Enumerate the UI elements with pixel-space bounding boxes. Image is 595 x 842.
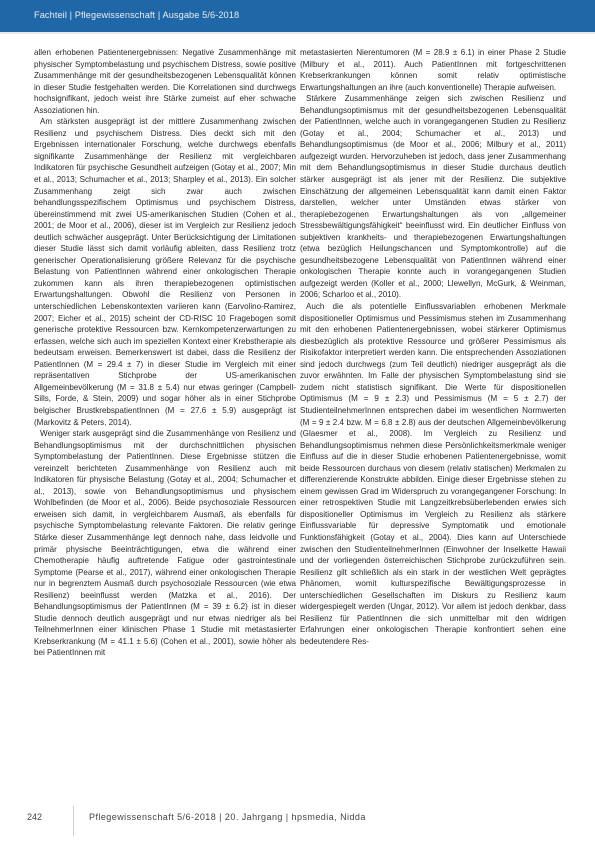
running-title: Fachteil | Pflegewissenschaft | Ausgabe … (34, 10, 239, 20)
running-header: Fachteil | Pflegewissenschaft | Ausgabe … (0, 0, 595, 32)
paragraph: Stärkere Zusammenhänge zeigen sich zwisc… (300, 93, 566, 301)
page-number: 242 (27, 812, 42, 822)
paragraph: metastasierten Nierentumoren (M = 28.9 ±… (300, 47, 566, 93)
paragraph: Auch die als potentielle Einflussvariabl… (300, 301, 566, 647)
right-text-column: metastasierten Nierentumoren (M = 28.9 ±… (300, 47, 566, 647)
footer-citation: Pflegewissenschaft 5/6-2018 | 20. Jahrga… (89, 812, 366, 822)
left-text-column: allen erhobenen Patientenergebnissen: Ne… (34, 47, 296, 659)
paragraph: allen erhobenen Patientenergebnissen: Ne… (34, 47, 296, 116)
paragraph: Weniger stark ausgeprägt sind die Zusamm… (34, 428, 296, 659)
paragraph: Am stärksten ausgeprägt ist der mittlere… (34, 116, 296, 428)
header-divider (0, 32, 595, 34)
footer-divider (73, 806, 74, 836)
